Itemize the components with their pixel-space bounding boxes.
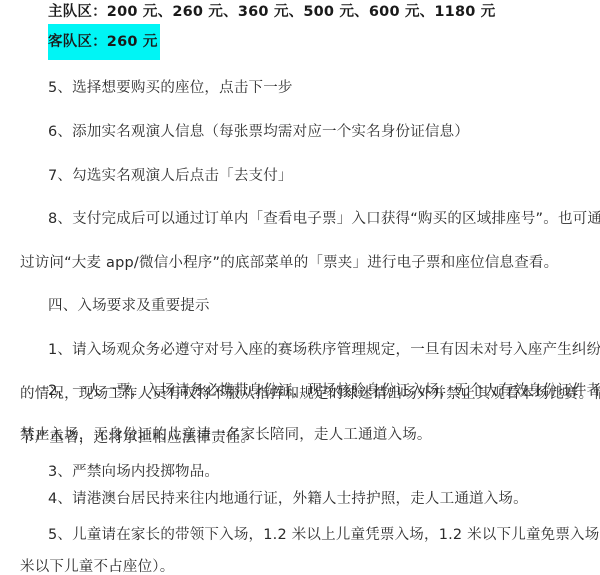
step-5: 5、选择想要购买的座位，点击下一步 [48,78,293,98]
step-8-line-2: 过访问“大麦 app/微信小程序”的底部菜单的「票夹」进行电子票和座位信息查看。 [20,253,558,273]
rule-2-line-2: 禁止入场，无身份证的儿童请一名家长陪同，走人工通道入场。 [20,425,432,445]
rule-5-line-1: 5、儿童请在家长的带领下入场，1.2 米以上儿童凭票入场，1.2 米以下儿童免票… [48,525,600,545]
rule-4: 4、请港澳台居民持来往内地通行证，外籍人士持护照，走人工通道入场。 [48,489,528,509]
rule-2-line-1: 2、一人一票，入场请务必携带身份证，现场核验身份证入场，无个人有效身份证件者 [48,381,600,401]
rule-1-line-1: 1、请入场观众务必遵守对号入座的赛场秩序管理规定，一旦有因未对号入座产生纠纷 [48,340,600,360]
step-8-line-1: 8、支付完成后可以通过订单内「查看电子票」入口获得“购买的区域排座号”。也可通 [48,209,600,229]
step-6: 6、添加实名观演人信息（每张票均需对应一个实名身份证信息） [48,122,469,142]
step-7: 7、勾选实名观演人后点击「去支付」 [48,166,293,186]
home-team-pricing: 主队区：200 元、260 元、360 元、500 元、600 元、1180 元 [48,2,495,22]
away-team-pricing: 客队区：260 元 [48,32,160,52]
rule-5-line-2: 米以下儿童不占座位）。 [20,557,174,575]
away-team-pricing-highlight: 客队区：260 元 [48,24,160,60]
rule-3: 3、严禁向场内投掷物品。 [48,462,219,482]
section-4-heading: 四、入场要求及重要提示 [48,296,210,316]
